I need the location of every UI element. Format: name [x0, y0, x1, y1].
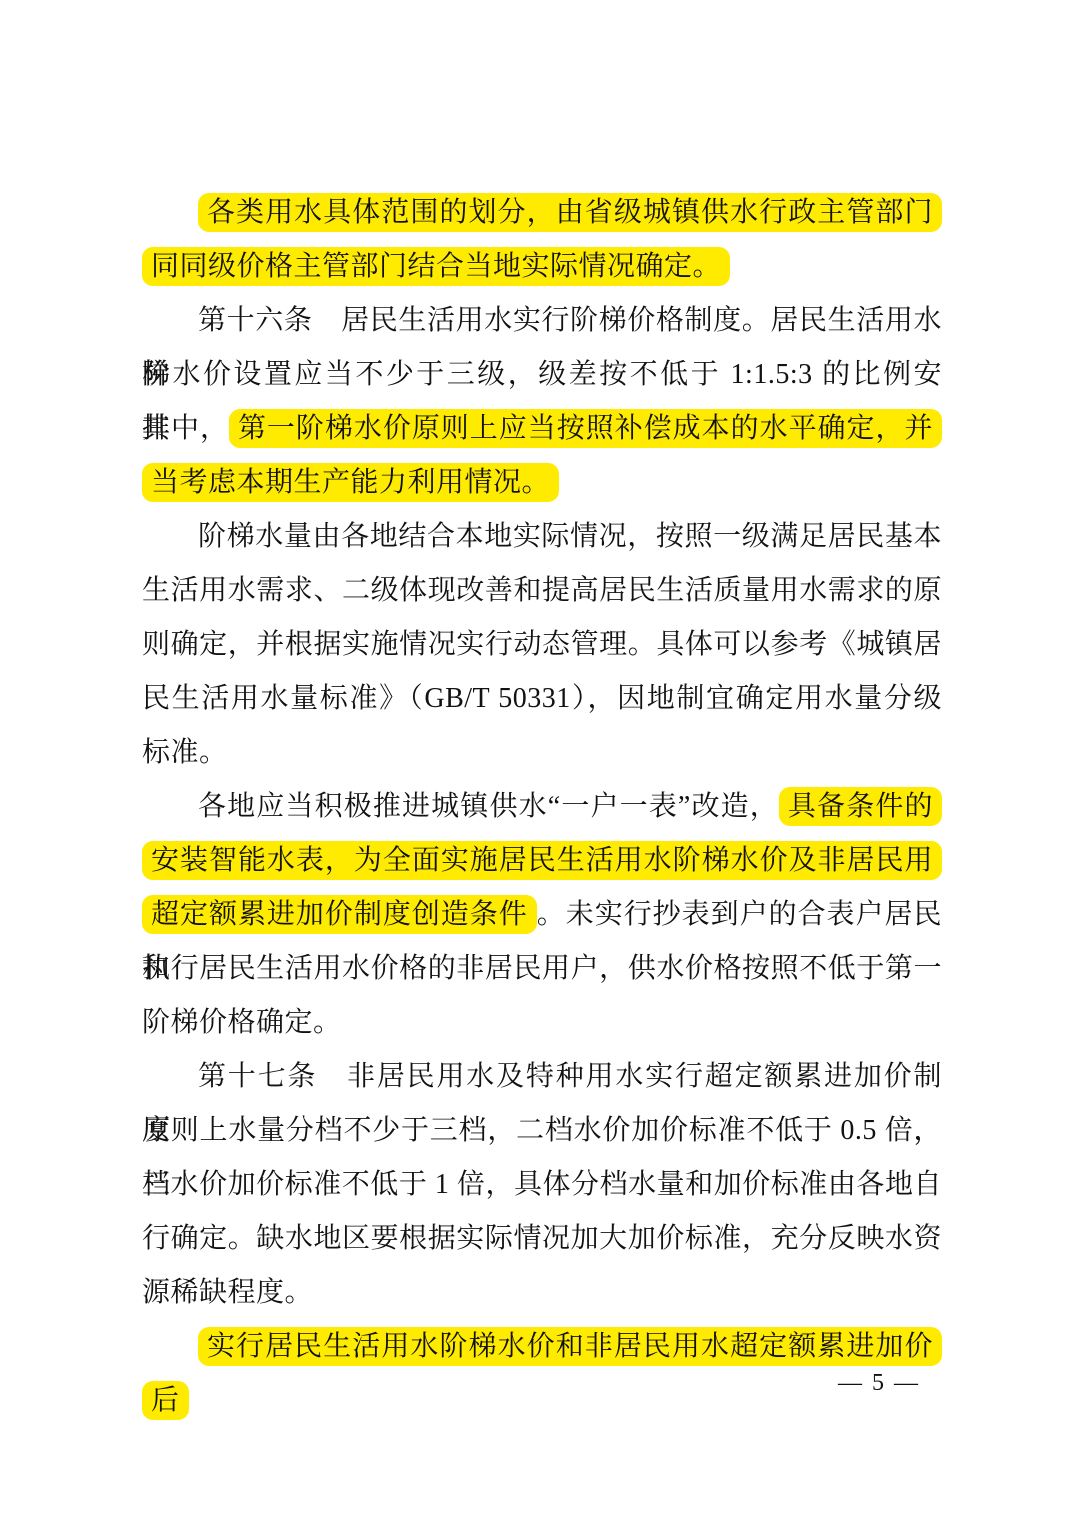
text-line: 执行居民生活用水价格的非居民用户，供水价格按照不低于第一: [142, 942, 942, 996]
highlight-segment: 同同级价格主管部门结合当地实际情况确定。: [142, 247, 730, 286]
text-segment: 标准。: [142, 737, 228, 768]
text-segment: 阶梯价格确定。: [142, 1007, 342, 1038]
text-line: 原则上水量分档不少于三档，二档水价加价标准不低于 0.5 倍，三: [142, 1104, 942, 1158]
highlight-segment: 当考虑本期生产能力利用情况。: [142, 463, 559, 502]
text-segment: 行确定。缺水地区要根据实际情况加大加价标准，充分反映水资: [142, 1223, 942, 1254]
text-segment: 其中，: [142, 413, 229, 444]
text-segment: 执行居民生活用水价格的非居民用户，供水价格按照不低于第一: [142, 953, 942, 984]
page-number: — 5 —: [838, 1368, 920, 1398]
text-line: 第十七条 非居民用水及特种用水实行超定额累进加价制度，: [142, 1050, 942, 1104]
text-line: 源稀缺程度。: [142, 1266, 942, 1320]
text-line: 同同级价格主管部门结合当地实际情况确定。: [142, 240, 942, 294]
text-segment: 阶梯水量由各地结合本地实际情况，按照一级满足居民基本: [198, 521, 942, 552]
document-sheet: 各类用水具体范围的划分，由省级城镇供水行政主管部门会同同级价格主管部门结合当地实…: [0, 0, 1080, 1527]
highlight-segment: 实行居民生活用水阶梯水价和非居民用水超定额累进加价后: [142, 1327, 942, 1420]
text-line: 阶梯价格确定。: [142, 996, 942, 1050]
document-body: 各类用水具体范围的划分，由省级城镇供水行政主管部门会同同级价格主管部门结合当地实…: [142, 186, 942, 1374]
text-line: 各地应当积极推进城镇供水“一户一表”改造，具备条件的应当: [142, 780, 942, 834]
text-line: 实行居民生活用水阶梯水价和非居民用水超定额累进加价后: [142, 1320, 942, 1374]
text-line: 标准。: [142, 726, 942, 780]
text-line: 超定额累进加价制度创造条件。未实行抄表到户的合表户居民和: [142, 888, 942, 942]
document-page: { "page": { "page_number": "— 5 —", "bac…: [0, 0, 1080, 1527]
text-line: 第十六条 居民生活用水实行阶梯价格制度。居民生活用水阶: [142, 294, 942, 348]
text-segment: 源稀缺程度。: [142, 1277, 313, 1308]
text-segment: 各地应当积极推进城镇供水“一户一表”改造，: [198, 791, 779, 822]
text-line: 生活用水需求、二级体现改善和提高居民生活质量用水需求的原: [142, 564, 942, 618]
text-line: 则确定，并根据实施情况实行动态管理。具体可以参考《城镇居: [142, 618, 942, 672]
text-line: 行确定。缺水地区要根据实际情况加大加价标准，充分反映水资: [142, 1212, 942, 1266]
text-line: 民生活用水量标准》（GB/T 50331），因地制宜确定用水量分级: [142, 672, 942, 726]
text-segment: 则确定，并根据实施情况实行动态管理。具体可以参考《城镇居: [142, 629, 942, 660]
text-line: 档水价加价标准不低于 1 倍，具体分档水量和加价标准由各地自: [142, 1158, 942, 1212]
text-segment: 档水价加价标准不低于 1 倍，具体分档水量和加价标准由各地自: [142, 1169, 942, 1200]
text-segment: 生活用水需求、二级体现改善和提高居民生活质量用水需求的原: [142, 575, 942, 606]
text-line: 各类用水具体范围的划分，由省级城镇供水行政主管部门会: [142, 186, 942, 240]
text-line: 安装智能水表，为全面实施居民生活用水阶梯水价及非居民用水: [142, 834, 942, 888]
text-line: 其中，第一阶梯水价原则上应当按照补偿成本的水平确定，并应: [142, 402, 942, 456]
highlight-segment: 超定额累进加价制度创造条件: [142, 895, 537, 934]
text-segment: 民生活用水量标准》（GB/T 50331），因地制宜确定用水量分级: [142, 683, 942, 714]
text-line: 梯水价设置应当不少于三级，级差按不低于 1:1.5:3 的比例安排。: [142, 348, 942, 402]
text-line: 阶梯水量由各地结合本地实际情况，按照一级满足居民基本: [142, 510, 942, 564]
text-line: 当考虑本期生产能力利用情况。: [142, 456, 942, 510]
